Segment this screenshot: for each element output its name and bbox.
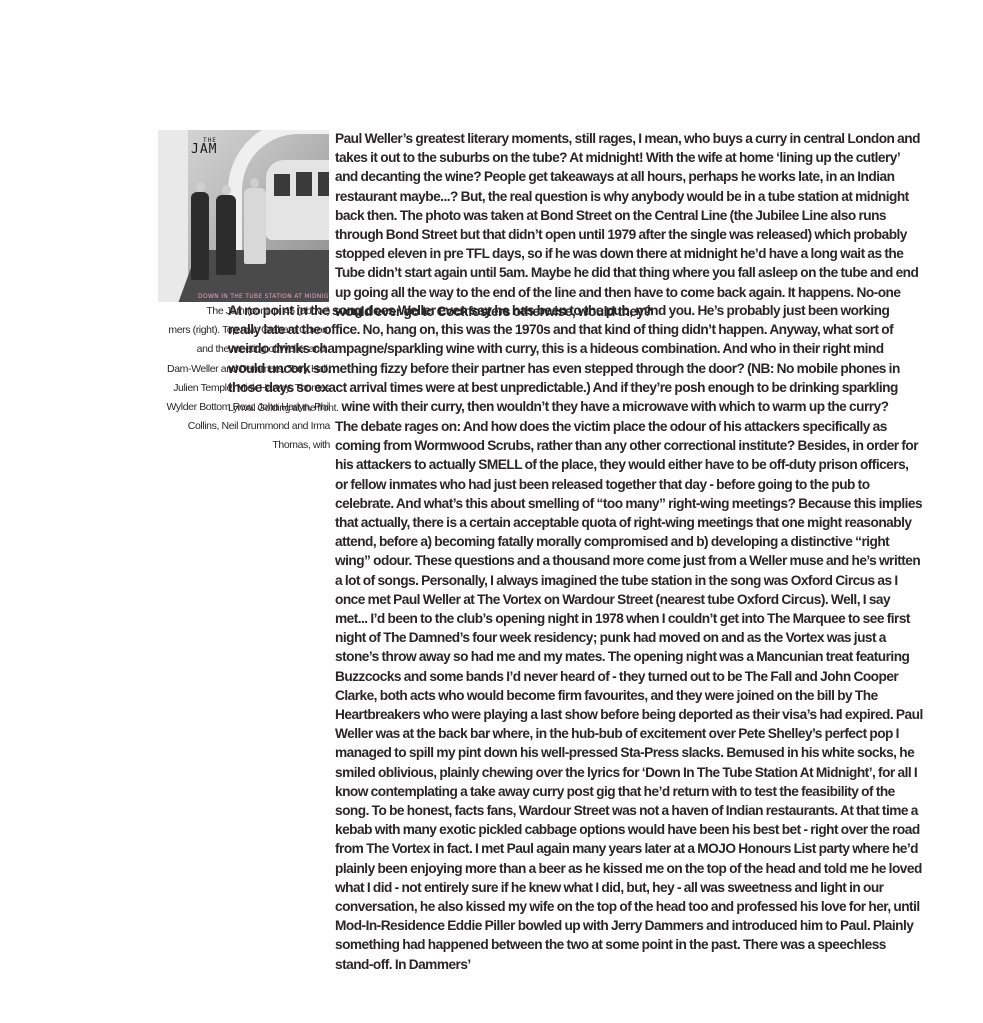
tunnel-wall (158, 130, 188, 302)
tube-train (266, 160, 329, 240)
caption-line: Collins, Neil Drummond and Irma (150, 417, 330, 436)
band-member (191, 192, 209, 280)
caption-line: Thomas, with (150, 436, 330, 455)
article-page: THE JAM DOWN IN THE TUBE STATION AT MIDN… (0, 0, 983, 1023)
band-member (216, 195, 236, 275)
paragraph-2-start: At no point in the song does Weller even… (228, 303, 900, 396)
band-member (244, 188, 266, 264)
train-window (318, 172, 329, 196)
album-cover-image: THE JAM DOWN IN THE TUBE STATION AT MIDN… (158, 130, 329, 302)
band-logo: THE JAM (191, 136, 217, 154)
train-window (296, 172, 312, 196)
band-member-head (250, 178, 259, 188)
band-member-head (222, 185, 231, 195)
article-paragraph-3: The debate rages on: And how does the vi… (335, 418, 924, 975)
article-paragraph-2: At no point in the song does Weller even… (228, 302, 923, 418)
train-window (274, 174, 290, 196)
paragraph-2-end: wine with their curry, then wouldn’t the… (341, 399, 888, 415)
band-member-head (196, 182, 205, 192)
inline-caption-fragment: Lynval Golding at the front. (228, 402, 339, 414)
article-paragraph-1: Paul Weller’s greatest literary moments,… (335, 130, 924, 322)
cover-title: DOWN IN THE TUBE STATION AT MIDNIGHT (198, 293, 329, 300)
